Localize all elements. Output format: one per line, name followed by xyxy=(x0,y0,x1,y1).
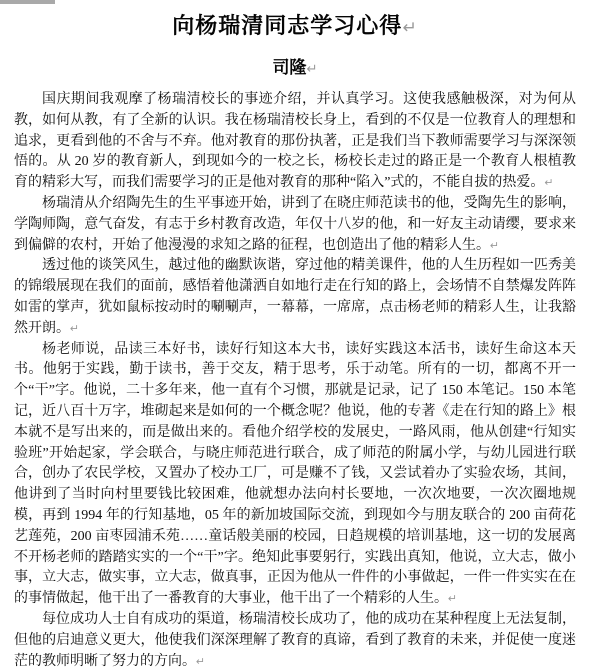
paragraph-4-text: 杨老师说，品读三本好书，读好行知这本大书，读好实践这本活书，读好生命这本天书。他… xyxy=(14,342,576,607)
document-body: 国庆期间我观摩了杨瑞清校长的事迹介绍，并认真学习。这使我感触极深，对为何从教，如… xyxy=(14,90,576,670)
author-line: 司隆↵ xyxy=(14,53,576,78)
paragraph-3: 透过他的谈笑风生，越过他的幽默诙谐，穿过他的精美课件，他的人生历程如一匹秀美的锦… xyxy=(14,256,576,339)
paragraph-mark-icon: ↵ xyxy=(448,592,457,605)
paragraph-3-text: 透过他的谈笑风生，越过他的幽默诙谐，穿过他的精美课件，他的人生历程如一匹秀美的锦… xyxy=(14,258,576,335)
document-title-text: 向杨瑞清同志学习心得 xyxy=(172,13,402,38)
document-page: 向杨瑞清同志学习心得↵ 司隆↵ 国庆期间我观摩了杨瑞清校长的事迹介绍，并认真学习… xyxy=(0,9,590,670)
paragraph-mark-icon: ↵ xyxy=(544,176,553,189)
document-title: 向杨瑞清同志学习心得↵ xyxy=(14,9,576,40)
paragraph-2: 杨瑞清从介绍陶先生的生平事迹开始，讲到了在晓庄师范读书的他，受陶先生的影响，学陶… xyxy=(14,194,576,256)
paragraph-mark-icon: ↵ xyxy=(402,18,417,38)
paragraph-4: 杨老师说，品读三本好书，读好行知这本大书，读好实践这本活书，读好生命这本天书。他… xyxy=(14,340,576,610)
window-edge-fragment xyxy=(0,0,55,4)
paragraph-1-text: 国庆期间我观摩了杨瑞清校长的事迹介绍，并认真学习。这使我感触极深，对为何从教，如… xyxy=(14,92,576,190)
paragraph-mark-icon: ↵ xyxy=(70,322,79,335)
paragraph-mark-icon: ↵ xyxy=(196,655,205,668)
paragraph-1: 国庆期间我观摩了杨瑞清校长的事迹介绍，并认真学习。这使我感触极深，对为何从教，如… xyxy=(14,90,576,194)
paragraph-5: 每位成功人士自有成功的渠道，杨瑞清校长成功了，他的成功在某种程度上无法复制，但他… xyxy=(14,610,576,670)
paragraph-mark-icon: ↵ xyxy=(306,62,317,77)
paragraph-5-text: 每位成功人士自有成功的渠道，杨瑞清校长成功了，他的成功在某种程度上无法复制，但他… xyxy=(14,612,576,669)
paragraph-mark-icon: ↵ xyxy=(490,239,499,252)
author-name-text: 司隆 xyxy=(272,58,306,77)
